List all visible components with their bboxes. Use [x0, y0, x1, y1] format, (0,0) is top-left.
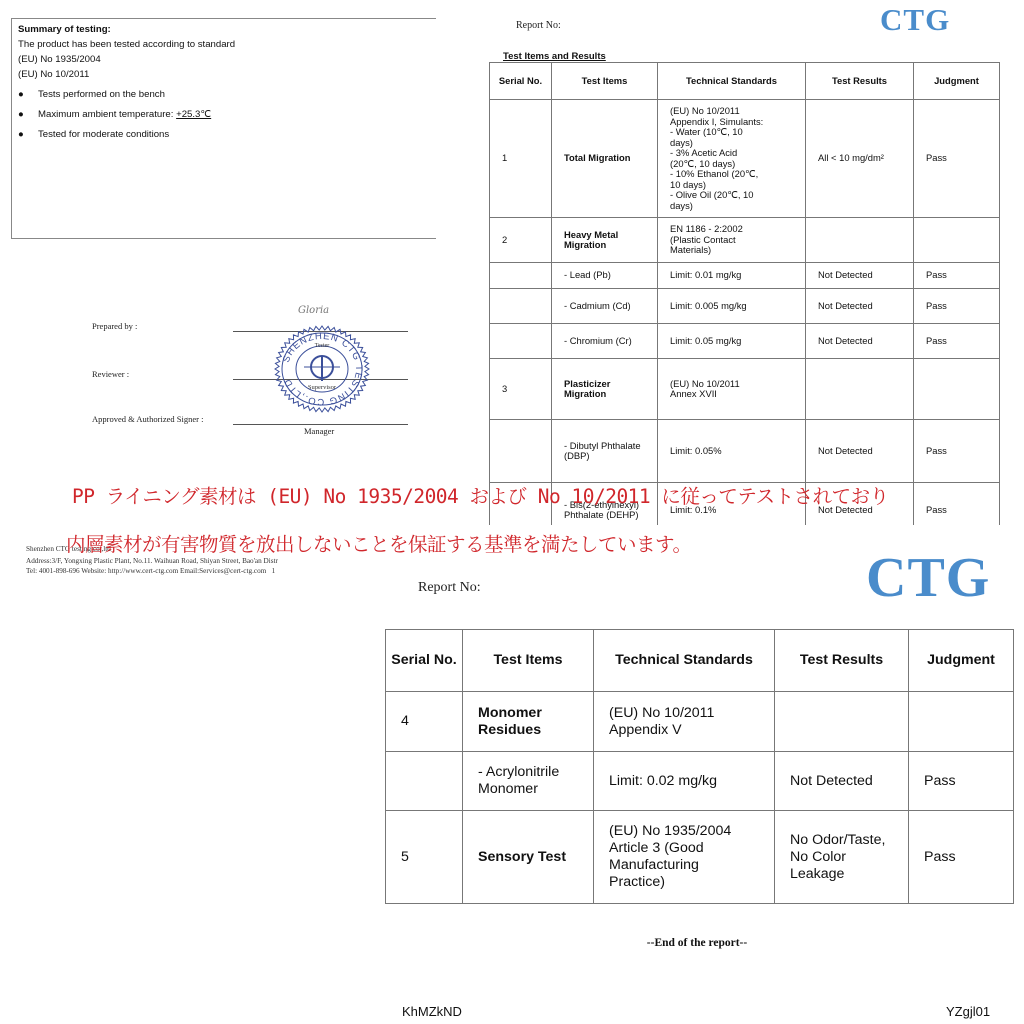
cell-serial	[490, 289, 552, 324]
standard-line: (EU) No 10/2011	[609, 705, 759, 722]
upper-table-body: 1Total Migration(EU) No 10/2011Appendix …	[490, 100, 1000, 526]
cell-judgment: Pass	[909, 811, 1014, 904]
cell-technical-standard: Limit: 0.02 mg/kg	[594, 752, 775, 811]
reviewer-label: Reviewer :	[92, 369, 129, 379]
handwritten-signature: Gloria	[298, 305, 329, 316]
cell-test-result: Not Detected	[775, 752, 909, 811]
cell-serial: 1	[490, 100, 552, 218]
contact-text: Tel: 4001-898-696 Website: http://www.ce…	[26, 567, 266, 575]
table-row: - Chromium (Cr)Limit: 0.05 mg/kgNot Dete…	[490, 324, 1000, 359]
cell-judgment: Pass	[914, 263, 1000, 289]
table-row: 4Monomer Residues(EU) No 10/2011Appendix…	[386, 692, 1014, 752]
svg-text:Tester: Tester	[315, 343, 330, 349]
standard-line: (EU) No 10/2011	[670, 106, 793, 117]
cell-judgment	[914, 359, 1000, 420]
standard-line: Annex XVII	[670, 389, 793, 400]
manager-label: Manager	[304, 426, 334, 436]
cell-test-result: No Odor/Taste, No Color Leakage	[775, 811, 909, 904]
cell-test-item: Heavy Metal Migration	[552, 218, 658, 263]
table-row: 2Heavy Metal MigrationEN 1186 - 2:2002(P…	[490, 218, 1000, 263]
cell-test-result: Not Detected	[806, 289, 914, 324]
cell-serial	[386, 752, 463, 811]
header-technical-standards: Technical Standards	[594, 630, 775, 692]
cell-test-result: Not Detected	[806, 324, 914, 359]
header-judgment: Judgment	[909, 630, 1014, 692]
header-test-results: Test Results	[806, 63, 914, 100]
standard-line: - 3% Acetic Acid	[670, 148, 793, 159]
cell-technical-standard: Limit: 0.05%	[658, 420, 806, 483]
cell-test-item: Monomer Residues	[463, 692, 594, 752]
lower-table-body: 4Monomer Residues(EU) No 10/2011Appendix…	[386, 692, 1014, 904]
table-header-row: Serial No. Test Items Technical Standard…	[490, 63, 1000, 100]
table-row: - Cadmium (Cd)Limit: 0.005 mg/kgNot Dete…	[490, 289, 1000, 324]
bullet-text: Tested for moderate conditions	[38, 127, 169, 142]
cell-judgment	[914, 218, 1000, 263]
prepared-by-label: Prepared by :	[92, 321, 137, 331]
cell-test-item: Total Migration	[552, 100, 658, 218]
standard-line: Limit: 0.005 mg/kg	[670, 301, 793, 312]
end-of-report: --End of the report--	[0, 937, 1024, 949]
cell-test-result	[775, 692, 909, 752]
standard-line: - Water (10℃, 10	[670, 127, 793, 138]
standard-line: Limit: 0.02 mg/kg	[609, 773, 759, 790]
header-test-results: Test Results	[775, 630, 909, 692]
cell-serial: 4	[386, 692, 463, 752]
cell-technical-standard: EN 1186 - 2:2002(Plastic ContactMaterial…	[658, 218, 806, 263]
approved-signer-label: Approved & Authorized Signer :	[92, 414, 203, 424]
cell-judgment: Pass	[914, 324, 1000, 359]
cell-test-item: - Lead (Pb)	[552, 263, 658, 289]
table-row: 5Sensory Test(EU) No 1935/2004Article 3 …	[386, 811, 1014, 904]
cell-technical-standard: (EU) No 10/2011Appendix I, Simulants:- W…	[658, 100, 806, 218]
bottom-code-left: KhMZkND	[402, 1004, 462, 1019]
cell-test-result: Not Detected	[806, 420, 914, 483]
lower-results-table: Serial No. Test Items Technical Standard…	[385, 629, 1014, 904]
header-technical-standards: Technical Standards	[658, 63, 806, 100]
table-header-row: Serial No. Test Items Technical Standard…	[386, 630, 1014, 692]
cell-serial: 3	[490, 359, 552, 420]
standard-line: Limit: 0.05%	[670, 446, 793, 457]
cell-technical-standard: (EU) No 1935/2004Article 3 (GoodManufact…	[594, 811, 775, 904]
cell-judgment	[909, 692, 1014, 752]
summary-bullet: ● Tests performed on the bench	[18, 87, 430, 102]
company-address: Address:3/F, Yongxing Plastic Plant, No.…	[26, 557, 278, 565]
cell-technical-standard: Limit: 0.01 mg/kg	[658, 263, 806, 289]
cell-judgment: Pass	[914, 100, 1000, 218]
cell-serial	[490, 263, 552, 289]
standard-line: - 10% Ethanol (20℃,	[670, 169, 793, 180]
standard-line: Manufacturing	[609, 857, 759, 874]
bullet-text: Maximum ambient temperature:	[38, 107, 173, 122]
ctg-logo-2: CTG	[866, 546, 990, 610]
standard-line: Article 3 (Good	[609, 840, 759, 857]
standard-line: Materials)	[670, 245, 793, 256]
cell-test-item: - Cadmium (Cd)	[552, 289, 658, 324]
table-row: 3Plasticizer Migration(EU) No 10/2011Ann…	[490, 359, 1000, 420]
cell-serial	[490, 324, 552, 359]
cell-technical-standard: (EU) No 10/2011Annex XVII	[658, 359, 806, 420]
table-row: - Acrylonitrile MonomerLimit: 0.02 mg/kg…	[386, 752, 1014, 811]
cell-test-item: Sensory Test	[463, 811, 594, 904]
summary-line: The product has been tested according to…	[18, 37, 430, 52]
company-contact: Tel: 4001-898-696 Website: http://www.ce…	[26, 567, 275, 575]
cell-judgment: Pass	[914, 420, 1000, 483]
cell-test-item: - Acrylonitrile Monomer	[463, 752, 594, 811]
cell-test-result: Not Detected	[806, 263, 914, 289]
table-row: - Dibutyl Phthalate (DBP)Limit: 0.05%Not…	[490, 420, 1000, 483]
table-row: - Lead (Pb)Limit: 0.01 mg/kgNot Detected…	[490, 263, 1000, 289]
summary-line: (EU) No 10/2011	[18, 67, 430, 82]
overlay-caption-line-1: PP ライニング素材は (EU) No 1935/2004 および No 10/…	[72, 481, 889, 509]
cell-serial: 5	[386, 811, 463, 904]
summary-title: Summary of testing:	[18, 22, 430, 37]
cell-test-result	[806, 218, 914, 263]
standard-line: days)	[670, 201, 793, 212]
summary-bullet: ● Tested for moderate conditions	[18, 127, 430, 142]
summary-bullet: ● Maximum ambient temperature: +25.3℃	[18, 107, 430, 122]
cell-test-result: All < 10 mg/dm²	[806, 100, 914, 218]
overlay-caption-line-2: 内層素材が有害物質を放出しないことを保証する基準を満たしています。	[66, 529, 691, 557]
cell-test-item: Plasticizer Migration	[552, 359, 658, 420]
summary-line: (EU) No 1935/2004	[18, 52, 430, 67]
section-title: Test Items and Results	[503, 51, 606, 62]
approved-signer-line	[233, 424, 408, 425]
cell-judgment: Pass	[914, 483, 1000, 526]
cell-test-result	[806, 359, 914, 420]
upper-table-viewport: Serial No. Test Items Technical Standard…	[485, 62, 1024, 525]
company-stamp-icon: SHENZHEN CTG TESTING CO.,LTD Tester Supe…	[266, 323, 378, 415]
header-serial: Serial No.	[386, 630, 463, 692]
temperature-value: +25.3℃	[176, 107, 211, 122]
report-no-label-2: Report No:	[418, 580, 481, 596]
cell-technical-standard: (EU) No 10/2011Appendix V	[594, 692, 775, 752]
report-no-label: Report No:	[516, 20, 561, 31]
header-test-items: Test Items	[463, 630, 594, 692]
standard-line: Practice)	[609, 874, 759, 891]
cell-judgment: Pass	[909, 752, 1014, 811]
standard-line: (EU) No 1935/2004	[609, 823, 759, 840]
svg-text:Supervisor: Supervisor	[308, 384, 337, 391]
table-row: 1Total Migration(EU) No 10/2011Appendix …	[490, 100, 1000, 218]
header-serial: Serial No.	[490, 63, 552, 100]
bottom-code-right: YZgjl01	[946, 1004, 990, 1019]
bullet-icon: ●	[18, 87, 38, 102]
cell-test-item: - Dibutyl Phthalate (DBP)	[552, 420, 658, 483]
standard-line: Limit: 0.01 mg/kg	[670, 270, 793, 281]
standard-line: Limit: 0.05 mg/kg	[670, 336, 793, 347]
standard-line: Appendix V	[609, 722, 759, 739]
ctg-logo: CTG	[880, 2, 950, 38]
summary-box: Summary of testing: The product has been…	[11, 18, 436, 239]
header-test-items: Test Items	[552, 63, 658, 100]
upper-results-table: Serial No. Test Items Technical Standard…	[489, 62, 1000, 525]
bullet-icon: ●	[18, 107, 38, 122]
page-number: 1	[272, 567, 276, 575]
cell-test-item: - Chromium (Cr)	[552, 324, 658, 359]
cell-technical-standard: Limit: 0.05 mg/kg	[658, 324, 806, 359]
standard-line: - Olive Oil (20℃, 10	[670, 190, 793, 201]
cell-judgment: Pass	[914, 289, 1000, 324]
bullet-icon: ●	[18, 127, 38, 142]
cell-serial: 2	[490, 218, 552, 263]
bullet-text: Tests performed on the bench	[38, 87, 165, 102]
cell-technical-standard: Limit: 0.005 mg/kg	[658, 289, 806, 324]
cell-serial	[490, 420, 552, 483]
header-judgment: Judgment	[914, 63, 1000, 100]
